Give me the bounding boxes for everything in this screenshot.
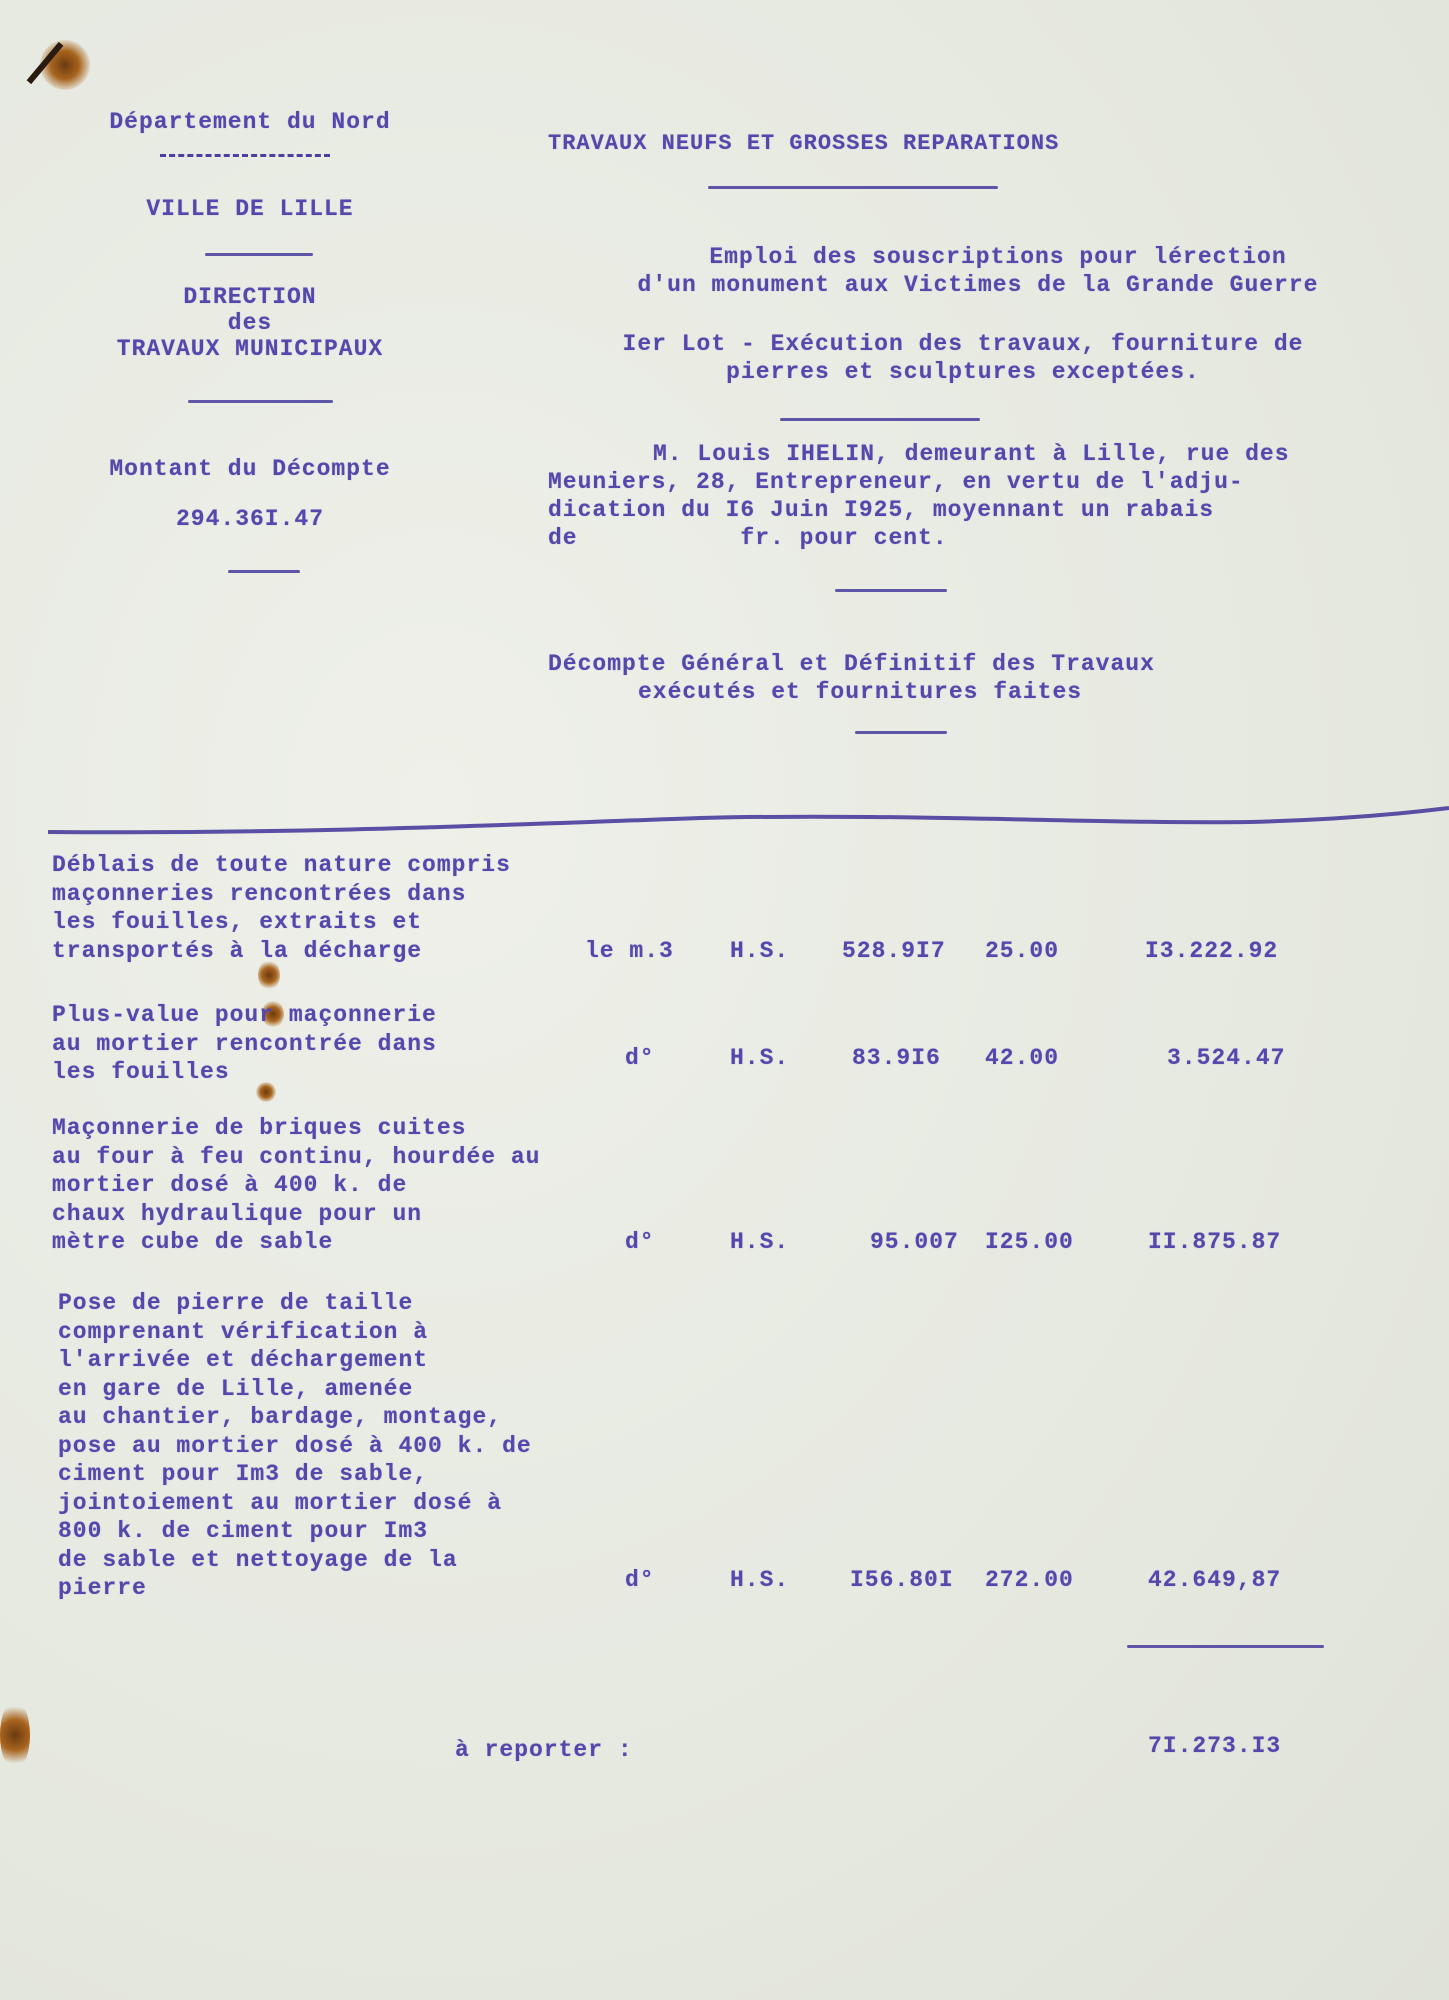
item-amount: I3.222.92	[1145, 938, 1278, 964]
item-description-line: les fouilles	[52, 1059, 230, 1085]
item-description-line: au four à feu continu, hourdée au	[52, 1144, 540, 1170]
item-unit: d°	[625, 1567, 655, 1593]
contractor-line: de fr. pour cent.	[548, 524, 1290, 552]
item-quantity: 95.007	[870, 1229, 959, 1255]
document-title: TRAVAUX NEUFS ET GROSSES REPARATIONS	[548, 130, 1059, 158]
item-price-ref: H.S.	[730, 1229, 789, 1255]
item-unit: le m.3	[585, 938, 674, 964]
item-description-line: 800 k. de ciment pour Im3	[58, 1518, 428, 1544]
item-price-ref: H.S.	[730, 938, 789, 964]
item-amount: 3.524.47	[1167, 1045, 1285, 1071]
lot-block: Ier Lot - Exécution des travaux, fournit…	[548, 330, 1378, 386]
divider	[708, 186, 998, 189]
item-description-line: pose au mortier dosé à 400 k. de	[58, 1433, 532, 1459]
direction-line: des	[40, 311, 460, 335]
lot-line: pierres et sculptures exceptées.	[548, 358, 1378, 386]
divider	[188, 400, 333, 403]
divider	[855, 731, 947, 734]
item-amount: II.875.87	[1148, 1229, 1281, 1255]
item-unit-price: 42.00	[985, 1045, 1059, 1071]
item-description-line: au chantier, bardage, montage,	[58, 1404, 502, 1430]
contractor-line: dication du I6 Juin I925, moyennant un r…	[548, 496, 1290, 524]
item-description-line: maçonneries rencontrées dans	[52, 881, 466, 907]
city-label-wrap: VILLE DE LILLE	[40, 195, 460, 223]
item-description-line: au mortier rencontrée dans	[52, 1031, 437, 1057]
direction-block: DIRECTION des TRAVAUX MUNICIPAUX	[40, 283, 460, 363]
item-price-ref: H.S.	[730, 1045, 789, 1071]
stain-mark	[40, 40, 90, 90]
item-description-line: Pose de pierre de taille	[58, 1290, 413, 1316]
lot-line: Ier Lot - Exécution des travaux, fournit…	[548, 330, 1378, 358]
item-description-line: les fouilles, extraits et	[52, 909, 422, 935]
item-amount: 42.649,87	[1148, 1567, 1281, 1593]
statement-block: Décompte Général et Définitif des Travau…	[548, 650, 1308, 706]
left-header: Département du Nord	[40, 108, 460, 136]
divider	[160, 154, 330, 157]
divider	[228, 570, 300, 573]
divider	[780, 418, 980, 421]
divider	[205, 253, 313, 256]
statement-line: Décompte Général et Définitif des Travau…	[548, 650, 1308, 678]
item-description-line: Déblais de toute nature compris	[52, 852, 511, 878]
item-quantity: I56.80I	[850, 1567, 954, 1593]
city-label: VILLE DE LILLE	[40, 195, 460, 223]
item-quantity: 528.9I7	[842, 938, 946, 964]
item-description-line: transportés à la décharge	[52, 938, 422, 964]
section-divider	[0, 800, 1449, 840]
item-description-line: mètre cube de sable	[52, 1229, 333, 1255]
amount-label: Montant du Décompte	[40, 455, 460, 483]
item-price-ref: H.S.	[730, 1567, 789, 1593]
item-description-line: pierre	[58, 1575, 147, 1601]
amount-block: Montant du Décompte 294.36I.47	[40, 455, 460, 533]
subject-block: Emploi des souscriptions pour lérection …	[548, 243, 1408, 299]
stain-mark	[0, 1700, 30, 1770]
contractor-line: M. Louis IHELIN, demeurant à Lille, rue …	[548, 440, 1290, 468]
item-unit-price: I25.00	[985, 1229, 1074, 1255]
item-unit-price: 272.00	[985, 1567, 1074, 1593]
carry-forward-value: 7I.273.I3	[1148, 1733, 1281, 1759]
item-description-line: Plus-value pour maçonnerie	[52, 1002, 437, 1028]
carry-forward-label: à reporter :	[455, 1737, 633, 1763]
stain-mark	[256, 1082, 276, 1102]
item-unit: d°	[625, 1045, 655, 1071]
item-unit: d°	[625, 1229, 655, 1255]
direction-line: DIRECTION	[40, 283, 460, 311]
item-quantity: 83.9I6	[852, 1045, 941, 1071]
contractor-line: Meuniers, 28, Entrepreneur, en vertu de …	[548, 468, 1290, 496]
department-label: Département du Nord	[40, 108, 460, 136]
amount-value: 294.36I.47	[40, 505, 460, 533]
item-description-line: mortier dosé à 400 k. de	[52, 1172, 407, 1198]
item-description-line: en gare de Lille, amenée	[58, 1376, 413, 1402]
item-description-line: jointoiement au mortier dosé à	[58, 1490, 502, 1516]
item-description-line: de sable et nettoyage de la	[58, 1547, 458, 1573]
subject-line: d'un monument aux Victimes de la Grande …	[548, 271, 1408, 299]
direction-line: TRAVAUX MUNICIPAUX	[40, 335, 460, 363]
stain-mark	[258, 960, 280, 990]
item-description-line: ciment pour Im3 de sable,	[58, 1461, 428, 1487]
subject-line: Emploi des souscriptions pour lérection	[548, 243, 1408, 271]
statement-line: exécutés et fournitures faites	[548, 678, 1308, 706]
contractor-block: M. Louis IHELIN, demeurant à Lille, rue …	[548, 440, 1290, 552]
item-description-line: comprenant vérification à	[58, 1319, 428, 1345]
divider	[835, 589, 947, 592]
item-description-line: chaux hydraulique pour un	[52, 1201, 422, 1227]
item-description-line: l'arrivée et déchargement	[58, 1347, 428, 1373]
title: TRAVAUX NEUFS ET GROSSES REPARATIONS	[548, 130, 1059, 158]
item-unit-price: 25.00	[985, 938, 1059, 964]
item-description-line: Maçonnerie de briques cuites	[52, 1115, 466, 1141]
subtotal-rule	[1127, 1645, 1324, 1648]
